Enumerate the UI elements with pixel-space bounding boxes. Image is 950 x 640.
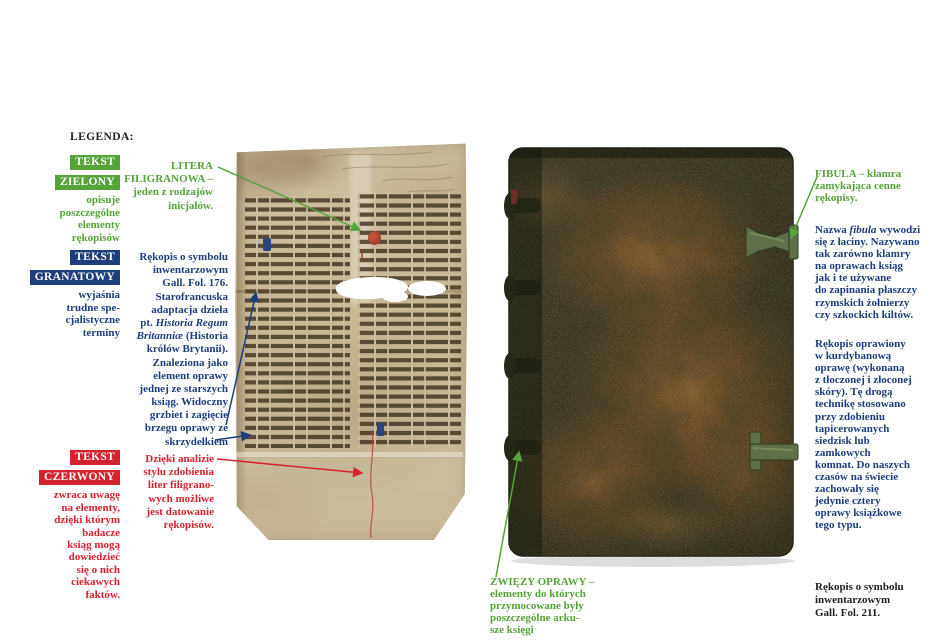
annotation-datowanie: Dzięki analizie stylu zdobienia liter fi…	[102, 453, 214, 532]
annotation-zwiezy-oprawy: ZWIĘZY OPRAWY – elementy do których przy…	[490, 576, 630, 636]
infographic-page: LEGENDA: TEKST ZIELONY opisuje poszczegó…	[0, 0, 950, 640]
leather-binding	[503, 140, 799, 568]
legend-tag-navy: TEKST GRANATOWY	[30, 250, 120, 285]
fibula-description-italic: fibula	[850, 224, 877, 236]
manuscript-detail-overlay	[232, 142, 468, 540]
legend-desc-navy: wyjaśnia trudne spe- cjalistyczne termin…	[0, 289, 120, 339]
legend-item-navy: TEKST GRANATOWY wyjaśnia trudne spe- cja…	[0, 247, 120, 339]
legend-title: LEGENDA:	[70, 131, 134, 143]
red-chapter-line	[371, 430, 373, 538]
fibula-description-part1: Nazwa	[815, 224, 850, 236]
annotation-fibula: FIBULA – klamra zamykająca cenne rękopis…	[815, 168, 940, 204]
spine-red-label	[511, 190, 517, 204]
fibula-description-part2: wywodzi się z łaciny. Nazywano tak zarów…	[815, 224, 920, 321]
manuscript-photo	[232, 142, 468, 540]
annotation-litera-filigranowa: LITERA FILIGRANOWA – jeden z rodzajów in…	[93, 160, 213, 213]
caption-gall-fol-211: Rękopis o symbolu inwentarzowym Gall. Fo…	[815, 581, 945, 621]
annotation-kurdyban: Rękopis oprawiony w kurdybanową oprawę (…	[815, 338, 940, 532]
faded-handwriting	[322, 152, 454, 192]
parchment-leaf	[232, 142, 468, 540]
parchment-tear-hole-2	[408, 281, 446, 296]
leather-texture	[503, 140, 799, 568]
book-shadow	[511, 555, 795, 567]
red-rubrication-mark	[361, 250, 363, 260]
annotation-fibula-description: Nazwa fibula wywodzi się z łaciny. Nazyw…	[815, 224, 945, 321]
manuscript-description-part2: (Historia królów Brytanii). Znaleziona j…	[139, 330, 228, 448]
annotation-manuscript-description: Rękopis o symbolu inwentarzowym Gall. Fo…	[110, 251, 228, 449]
book-cover-photo	[503, 140, 799, 568]
parchment-tear-hole-3	[382, 291, 408, 302]
